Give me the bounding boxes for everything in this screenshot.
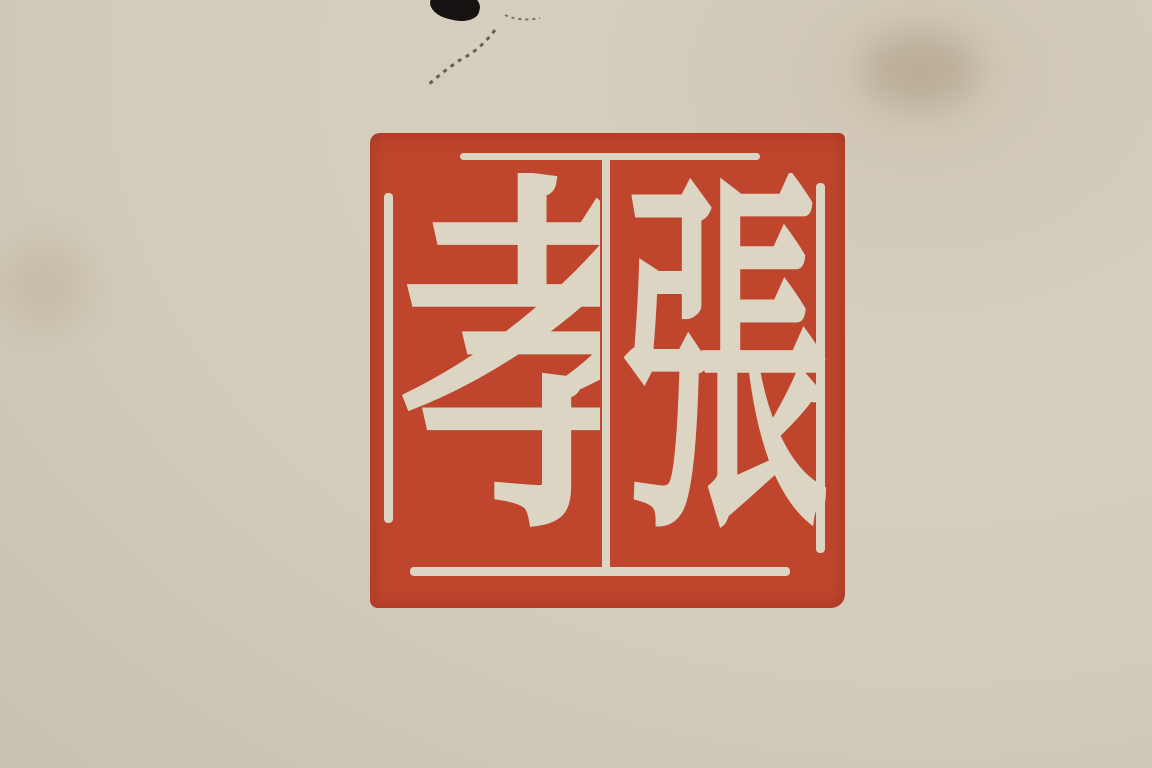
red-seal-stamp: 孝 張 <box>370 133 845 608</box>
seal-border-line <box>460 153 760 160</box>
ink-trail <box>420 10 570 90</box>
paper-stain <box>860 30 980 110</box>
seal-column-divider <box>602 155 610 575</box>
seal-character-right: 張 <box>620 173 830 548</box>
seal-character-left: 孝 <box>400 173 600 548</box>
seal-border-line <box>384 193 393 523</box>
paper-stain <box>0 240 90 330</box>
seal-border-line <box>410 567 790 576</box>
